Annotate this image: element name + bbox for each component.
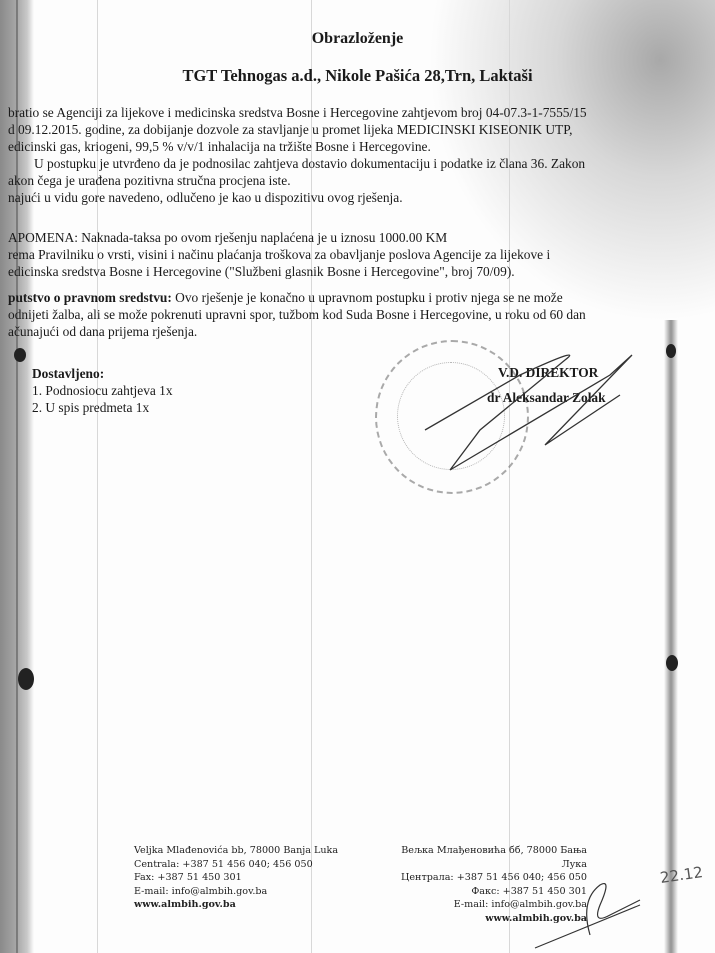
uputstvo-label: putstvo o pravnom sredstvu:	[8, 290, 172, 305]
footer-email: E-mail: info@almbih.gov.ba	[134, 885, 338, 899]
napomena-line: edicinska sredstva Bosne i Hercegovine (…	[8, 263, 708, 280]
uputstvo-section: putstvo o pravnom sredstvu: Ovo rješenje…	[8, 289, 708, 340]
document-subtitle: TGT Tehnogas a.d., Nikole Pašića 28,Trn,…	[0, 66, 715, 86]
napomena-line: APOMENA: Naknada-taksa po ovom rješenju …	[8, 229, 708, 246]
napomena-line: rema Pravilniku o vrsti, visini i načinu…	[8, 246, 708, 263]
official-stamp	[375, 340, 529, 494]
dostavljeno-section: Dostavljeno: 1. Podnosiocu zahtjeva 1x 2…	[32, 365, 715, 416]
signatory-name: dr Aleksandar Zolak	[487, 390, 606, 406]
document-title: Obrazloženje	[0, 30, 715, 48]
punch-hole	[666, 655, 678, 671]
footer-latin-contact: Veljka Mlađenovića bb, 78000 Banja Luka …	[134, 844, 338, 912]
footer-email: E-mail: info@almbih.gov.ba	[385, 898, 587, 912]
footer-fax: Факс: +387 51 450 301	[385, 885, 587, 899]
dostavljeno-label: Dostavljeno:	[32, 365, 715, 382]
dostavljeno-item: 2. U spis predmeta 1x	[32, 399, 715, 416]
signatory-role: V.D. DIREKTOR	[498, 365, 598, 381]
footer-phone: Централа: +387 51 456 040; 456 050	[385, 871, 587, 885]
uputstvo-line: Ovo rješenje je konačno u upravnom postu…	[172, 290, 563, 305]
footer-fax: Fax: +387 51 450 301	[134, 871, 338, 885]
body-line: bratio se Agenciji za lijekove i medicin…	[8, 104, 708, 121]
footer-website: www.almbih.gov.ba	[385, 912, 587, 926]
punch-hole	[14, 348, 26, 362]
body-line: U postupku je utvrđeno da je podnosilac …	[8, 155, 708, 172]
body-paragraph-1: bratio se Agenciji za lijekove i medicin…	[8, 104, 708, 206]
footer-phone: Centrala: +387 51 456 040; 456 050	[134, 858, 338, 872]
footer-cyrillic-contact: Вељка Млађеновића бб, 78000 Бања Лука Це…	[385, 844, 587, 926]
dostavljeno-item: 1. Podnosiocu zahtjeva 1x	[32, 382, 715, 399]
body-line: d 09.12.2015. godine, za dobijanje dozvo…	[8, 121, 708, 138]
body-line: edicinski gas, kriogeni, 99,5 % v/v/1 in…	[8, 138, 708, 155]
body-line: najući u vidu gore navedeno, odlučeno je…	[8, 189, 708, 206]
punch-hole	[18, 668, 34, 690]
footer-address: Veljka Mlađenovića bb, 78000 Banja Luka	[134, 844, 338, 858]
uputstvo-line: ačunajući od dana prijema rješenja.	[8, 323, 708, 340]
punch-hole	[666, 344, 676, 358]
body-line: akon čega je urađena pozitivna stručna p…	[8, 172, 708, 189]
footer-address: Вељка Млађеновића бб, 78000 Бања Лука	[385, 844, 587, 871]
footer-website: www.almbih.gov.ba	[134, 898, 338, 912]
napomena-section: APOMENA: Naknada-taksa po ovom rješenju …	[8, 229, 708, 280]
uputstvo-line: odnijeti žalba, ali se može pokrenuti up…	[8, 306, 708, 323]
